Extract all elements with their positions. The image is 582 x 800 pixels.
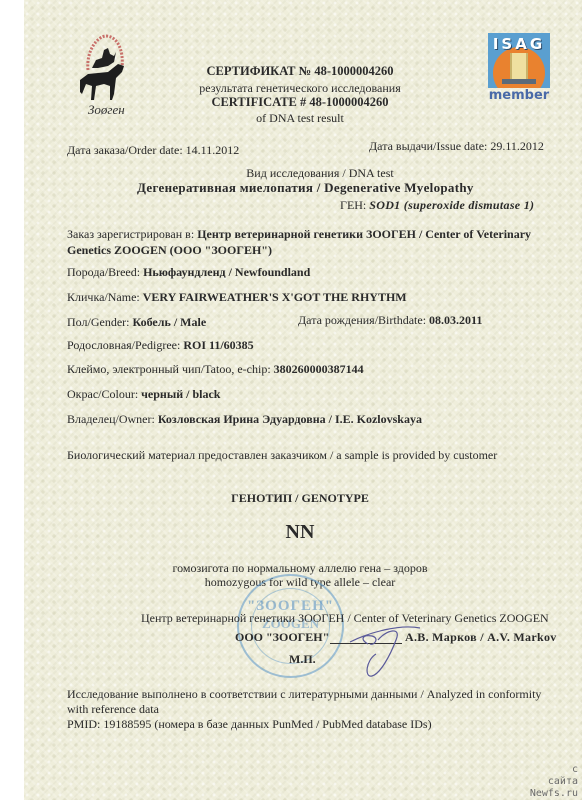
- signature-org: ООО "ЗООГЕН": [235, 630, 329, 645]
- isag-member-label: member: [486, 88, 552, 103]
- watermark-line3: Newfs.ru: [530, 788, 578, 799]
- birthdate-label: Дата рождения/Birthdate:: [298, 313, 426, 327]
- colour: Окрас/Colour: черный / black: [67, 387, 220, 402]
- genotype-label: ГЕНОТИП / GENOTYPE: [200, 491, 400, 506]
- issue-date-label: Дата выдачи/Issue date:: [369, 139, 487, 153]
- dog-name-label: Кличка/Name:: [67, 290, 140, 304]
- order-date: Дата заказа/Order date: 14.11.2012: [67, 143, 239, 158]
- signature-scribble-icon: [340, 620, 450, 680]
- isag-label: ISAG: [488, 35, 550, 53]
- certificate-title-en: CERTIFICATE # 48-1000004260: [150, 95, 450, 110]
- dog-name-value: VERY FAIRWEATHER'S X'GOT THE RHYTHM: [143, 290, 407, 304]
- conformity-line1: Исследование выполнено в соответствии с …: [67, 687, 541, 702]
- owner-value: Козловская Ирина Эдуардовна / I.E. Kozlo…: [158, 412, 422, 426]
- colour-label: Окрас/Colour:: [67, 387, 138, 401]
- owner-label: Владелец/Owner:: [67, 412, 155, 426]
- issue-date-value: 29.11.2012: [490, 139, 544, 153]
- breed-value: Ньюфаундленд / Newfoundland: [143, 265, 310, 279]
- dog-name: Кличка/Name: VERY FAIRWEATHER'S X'GOT TH…: [67, 290, 407, 305]
- breed: Порода/Breed: Ньюфаундленд / Newfoundlan…: [67, 265, 310, 280]
- owner: Владелец/Owner: Козловская Ирина Эдуардо…: [67, 412, 422, 427]
- isag-member-logo: ISAG member: [486, 33, 552, 105]
- watermark-line1: с: [572, 764, 578, 775]
- birthdate: Дата рождения/Birthdate: 08.03.2011: [298, 313, 482, 328]
- svg-text:Зоøген: Зоøген: [88, 102, 125, 117]
- dna-test-name: Дегенеративная миелопатия / Degenerative…: [137, 180, 474, 196]
- registered-value-line2: Genetics ZOOGEN (ООО "ЗООГЕН"): [67, 243, 272, 258]
- zoogen-logo: Зоøген: [68, 28, 138, 118]
- chip: Клеймо, электронный чип/Tatoo, e-chip: 3…: [67, 362, 364, 377]
- registered-value: Центр ветеринарной генетики ЗООГЕН / Cen…: [197, 227, 531, 241]
- pedigree: Родословная/Pedigree: ROI 11/60385: [67, 338, 254, 353]
- pmid-line: PMID: 19188595 (номера в базе данных Pun…: [67, 717, 432, 732]
- registered-label: Заказ зарегистрирован в:: [67, 227, 194, 241]
- gene-label: ГЕН:: [340, 198, 366, 212]
- gene: ГЕН: SOD1 (superoxide dismutase 1): [340, 198, 534, 213]
- seal-mark: М.П.: [289, 652, 316, 667]
- gender-label: Пол/Gender:: [67, 315, 129, 329]
- order-date-value: 14.11.2012: [186, 143, 240, 157]
- watermark-line2: сайта: [548, 776, 578, 787]
- breed-label: Порода/Breed:: [67, 265, 140, 279]
- pedigree-label: Родословная/Pedigree:: [67, 338, 180, 352]
- horse-rider-icon: Зоøген: [68, 28, 138, 118]
- colour-value: черный / black: [141, 387, 220, 401]
- order-date-label: Дата заказа/Order date:: [67, 143, 183, 157]
- certificate-subtitle-ru: результата генетического исследования: [150, 81, 450, 96]
- certificate-subtitle-en: of DNA test result: [150, 111, 450, 126]
- signer-name: А.В. Марков / A.V. Markov: [405, 630, 557, 645]
- gene-value: SOD1 (superoxide dismutase 1): [369, 198, 534, 212]
- genotype-value: NN: [250, 521, 350, 544]
- dna-test-label: Вид исследования / DNA test: [200, 166, 440, 181]
- birthdate-value: 08.03.2011: [429, 313, 482, 327]
- conformity-line2: with reference data: [67, 702, 159, 717]
- certificate-title-ru: СЕРТИФИКАТ № 48-1000004260: [150, 64, 450, 79]
- gender-value: Кобель / Male: [132, 315, 206, 329]
- chip-label: Клеймо, электронный чип/Tatoo, e-chip:: [67, 362, 271, 376]
- gender: Пол/Gender: Кобель / Male: [67, 315, 206, 330]
- sample-note: Биологический материал предоставлен зака…: [67, 448, 497, 463]
- registered-at: Заказ зарегистрирован в: Центр ветеринар…: [67, 227, 531, 242]
- result-description-ru: гомозигота по нормальному аллелю гена – …: [150, 561, 450, 576]
- issue-date: Дата выдачи/Issue date: 29.11.2012: [369, 139, 544, 154]
- chip-value: 380260000387144: [274, 362, 364, 376]
- pedigree-value: ROI 11/60385: [183, 338, 253, 352]
